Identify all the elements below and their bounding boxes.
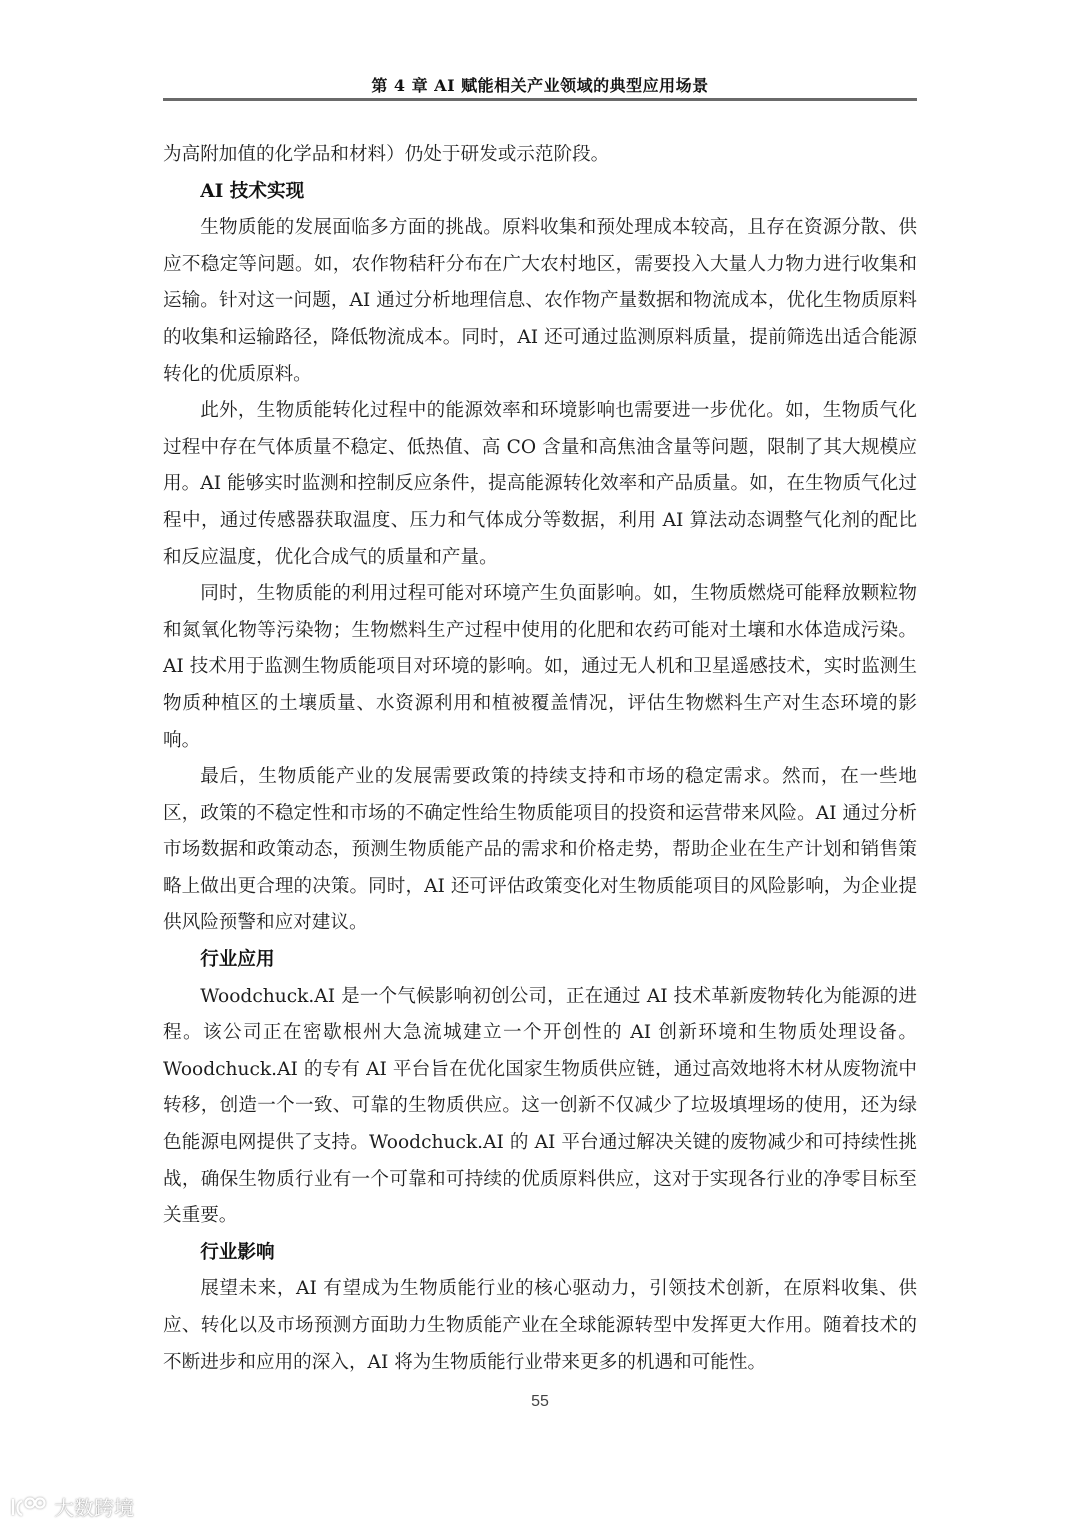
paragraph: 生物质能的发展面临多方面的挑战。原料收集和预处理成本较高，且存在资源分散、供应不…	[163, 210, 917, 393]
paragraph: 同时，生物质能的利用过程可能对环境产生负面影响。如，生物质燃烧可能释放颗粒物和氮…	[163, 576, 917, 759]
section-heading-industry-impact: 行业影响	[163, 1235, 917, 1272]
section-heading-industry-application: 行业应用	[163, 942, 917, 979]
watermark: 大数跨境	[10, 1492, 134, 1521]
paragraph: Woodchuck.AI 是一个气候影响初创公司，正在通过 AI 技术革新废物转…	[163, 979, 917, 1235]
continuation-paragraph: 为高附加值的化学品和材料）仍处于研发或示范阶段。	[163, 137, 917, 174]
page-number: 55	[163, 1393, 917, 1411]
chapter-header: 第 4 章 AI 赋能相关产业领域的典型应用场景	[163, 76, 917, 96]
kyoo-logo-icon	[10, 1495, 48, 1519]
watermark-text: 大数跨境	[54, 1492, 134, 1521]
paragraph: 此外，生物质能转化过程中的能源效率和环境影响也需要进一步优化。如，生物质气化过程…	[163, 393, 917, 576]
paragraph: 展望未来，AI 有望成为生物质能行业的核心驱动力，引领技术创新，在原料收集、供应…	[163, 1271, 917, 1381]
header-divider	[163, 98, 917, 101]
paragraph: 最后，生物质能产业的发展需要政策的持续支持和市场的稳定需求。然而，在一些地区，政…	[163, 759, 917, 942]
page-body: 为高附加值的化学品和材料）仍处于研发或示范阶段。 AI 技术实现 生物质能的发展…	[163, 137, 917, 1381]
section-heading-ai-implementation: AI 技术实现	[163, 174, 917, 211]
